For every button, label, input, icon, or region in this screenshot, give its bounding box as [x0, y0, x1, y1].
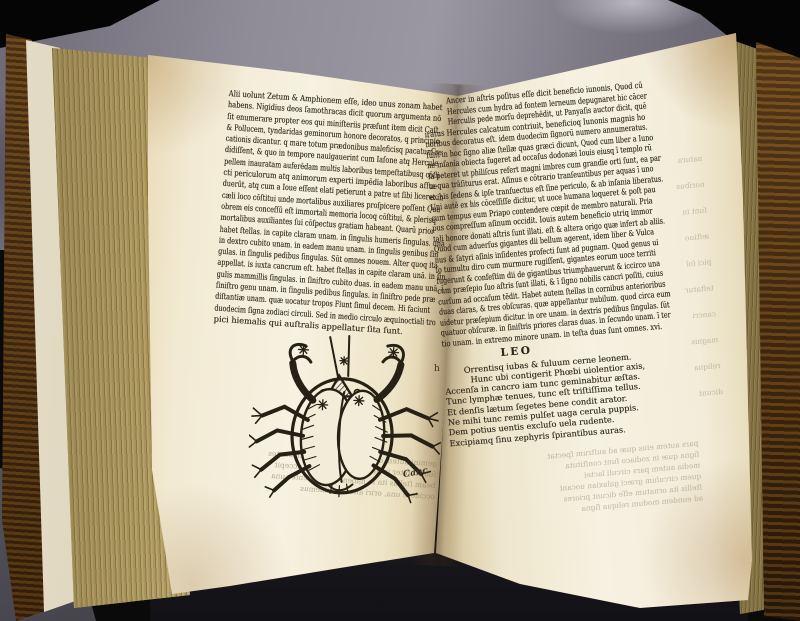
paragraph-body-lines: iratus Hercules calcatum contriuit, bene…	[424, 111, 662, 349]
crab-claw-right	[377, 345, 404, 401]
star-icon	[354, 395, 365, 406]
cancer-woodcut-illustration	[246, 329, 447, 507]
crab-legs-left	[246, 405, 313, 499]
guide-letter-c: c	[431, 146, 436, 156]
star-icon	[388, 347, 399, 358]
guide-letter-h: h	[434, 364, 440, 374]
book-photo-scene: gemini autem capita inter ſe iuncta habe…	[0, 0, 800, 621]
crab-antennae	[328, 335, 350, 378]
left-page-text: Alii uolunt Zetum & Amphionem eſſe, ideo…	[213, 88, 442, 339]
star-icon	[298, 344, 309, 355]
star-icon	[340, 357, 348, 365]
star-icon	[317, 400, 328, 411]
right-page-text: Ancer in aſtris poſitus eſſe dicit benef…	[422, 80, 671, 448]
